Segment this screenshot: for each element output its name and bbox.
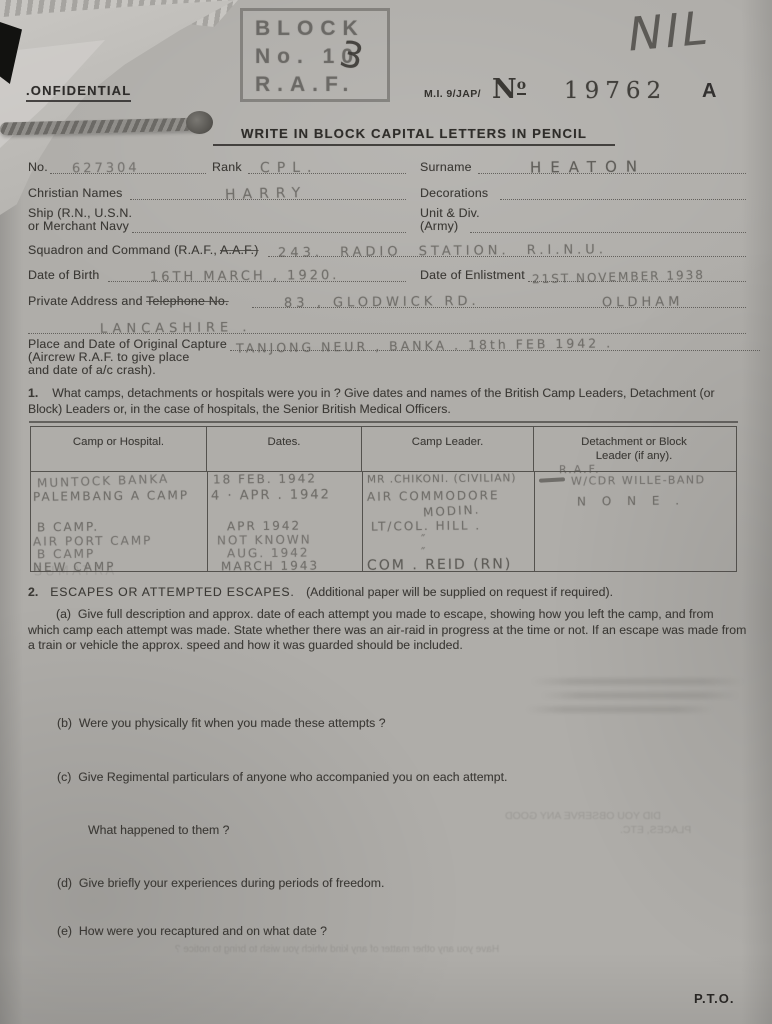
block-number-stamp: BLOCK No. 10 R.A.F. <box>240 8 390 102</box>
item-c-id: (c) <box>57 770 71 784</box>
question-1-number: 1. <box>28 386 38 400</box>
number-label: No <box>492 74 526 105</box>
table-divider <box>207 472 208 571</box>
mi9-reference-prefix: M.I. 9/JAP/ <box>424 88 481 100</box>
item-d-text: Give briefly your experiences during per… <box>79 876 385 890</box>
item-a-id: (a) <box>56 607 71 621</box>
stamp-line-raf: R.A.F. <box>255 71 387 99</box>
table-row: MR .CHIKONI. (CIVILIAN) <box>367 472 517 486</box>
col-header-leader: Camp Leader. <box>362 427 534 471</box>
table-row: ″ <box>421 532 428 546</box>
field-line-address: 83 , GLODWICK RD. OLDHAM <box>252 292 746 308</box>
field-label-capture-2: (Aircrew R.A.F. to give place <box>28 350 189 364</box>
field-label-unit-2: (Army) <box>420 219 458 233</box>
item-b-id: (b) <box>57 716 72 730</box>
handwritten-service-number: 627304 <box>72 161 140 177</box>
bleed-smudge <box>530 678 745 685</box>
handwritten-rank: CPL. <box>260 160 319 177</box>
field-label-capture-1: Place and Date of Original Capture <box>28 337 227 351</box>
table-row: 4 · APR . 1942 <box>211 487 331 503</box>
field-label-dob: Date of Birth <box>28 268 99 282</box>
handwritten-christian-names: HARRY <box>225 185 308 203</box>
field-label-squadron: Squadron and Command (R.A.F., A.A.F.) <box>28 243 259 257</box>
handwritten-dob: 16TH MARCH , 1920. <box>150 268 340 285</box>
col-header-camp: Camp or Hospital. <box>31 427 207 471</box>
field-line-decorations <box>500 184 746 200</box>
field-line-squadron: 243. RADIO STATION. R.I.N.U. <box>268 241 746 257</box>
string-knot <box>186 111 213 134</box>
bleed-through-text: Have you any other matter of any kind wh… <box>175 944 499 955</box>
page-turn-over-note: P.T.O. <box>694 991 734 1006</box>
field-label-christian-names: Christian Names <box>28 186 123 200</box>
table-row: MUNTOCK BANKA <box>37 472 170 491</box>
field-label-rank: Rank <box>212 160 242 174</box>
table-row: N O N E . <box>577 493 685 508</box>
confidential-marking: .ONFIDENTIAL <box>26 83 131 102</box>
handwritten-address-county: LANCASHIRE . <box>100 320 252 337</box>
handwritten-address-street: 83 , GLODWICK RD. <box>284 294 480 311</box>
table-row: B CAMP. <box>37 520 99 535</box>
field-line-christian-names: HARRY <box>130 184 406 200</box>
handwritten-squadron: 243. RADIO STATION. R.I.N.U. <box>278 242 607 260</box>
bleed-through-text: DID YOU OBSERVE ANY GOOD <box>505 810 661 822</box>
field-label-ship-1: Ship (R.N., U.S.N. <box>28 206 132 220</box>
bleed-through-text: PLACES, ETC. <box>620 824 691 836</box>
handwritten-surname: HEATON <box>530 157 646 176</box>
table-row: 18 FEB. 1942 <box>213 471 317 486</box>
field-line-unit <box>470 217 746 233</box>
section-2-number: 2. <box>28 585 38 599</box>
handwritten-capture: TANJONG NEUR , BANKA . 18th FEB 1942 . <box>236 335 613 355</box>
field-line-no: 627304 <box>50 158 206 174</box>
table-divider <box>362 472 363 571</box>
field-line-capture: TANJONG NEUR , BANKA . 18th FEB 1942 . <box>230 335 760 351</box>
field-line-address-2: LANCASHIRE . <box>28 318 746 334</box>
item-d: (d) Give briefly your experiences during… <box>57 876 384 892</box>
table-row: W/CDR WILLE-BAND <box>571 473 706 487</box>
form-instruction-title: WRITE IN BLOCK CAPITAL LETTERS IN PENCIL <box>213 126 615 146</box>
table-row: AIR COMMODORE <box>367 488 500 503</box>
bleed-smudge <box>540 692 740 699</box>
field-label-capture-3: and date of a/c crash). <box>28 363 156 377</box>
pencil-scribble <box>539 477 565 482</box>
item-c-followup: What happened to them ? <box>88 823 230 839</box>
item-e: (e) How were you recaptured and on what … <box>57 924 327 940</box>
item-a: (a) Give full description and approx. da… <box>28 607 748 654</box>
field-label-decorations: Decorations <box>420 186 488 200</box>
table-row: COM . REID (RN) <box>367 556 512 574</box>
field-line-surname: HEATON <box>478 158 746 174</box>
field-line-ship <box>132 217 406 233</box>
section-2-heading: ESCAPES OR ATTEMPTED ESCAPES. <box>50 585 294 599</box>
table-row: MARCH 1943 <box>221 558 319 573</box>
item-c: (c) Give Regimental particulars of anyon… <box>57 770 507 786</box>
item-e-text: How were you recaptured and on what date… <box>79 924 327 938</box>
table-row: APR 1942 <box>227 519 301 534</box>
item-b: (b) Were you physically fit when you mad… <box>57 716 386 732</box>
item-c-text: Give Regimental particulars of anyone wh… <box>78 770 507 784</box>
item-e-id: (e) <box>57 924 72 938</box>
camp-table: Camp or Hospital. Dates. Camp Leader. De… <box>30 426 737 572</box>
item-b-text: Were you physically fit when you made th… <box>79 716 386 730</box>
scanned-pow-form-page: .ONFIDENTIAL BLOCK No. 10 R.A.F. 3 NIL M… <box>0 0 772 1024</box>
field-line-enlistment: 21ST NOVEMBER 1938 <box>528 266 746 282</box>
camp-table-header: Camp or Hospital. Dates. Camp Leader. De… <box>31 427 736 472</box>
section-2-note: (Additional paper will be supplied on re… <box>306 585 613 599</box>
table-row: PALEMBANG A CAMP <box>33 488 189 504</box>
bleed-through-text: SUMATRA <box>34 564 117 580</box>
field-line-rank: CPL. <box>248 158 406 174</box>
field-label-ship-2: or Merchant Navy <box>28 219 129 233</box>
table-divider <box>534 472 535 571</box>
handwritten-address-town: OLDHAM <box>602 295 684 311</box>
question-1: 1.What camps, detachments or hospitals w… <box>28 386 746 417</box>
item-a-text: Give full description and approx. date o… <box>28 607 746 652</box>
serial-number-stamp: 19762 <box>564 78 667 104</box>
handwritten-nil-note: NIL <box>625 0 714 62</box>
table-row: MODIN. <box>423 503 481 520</box>
item-d-id: (d) <box>57 876 72 890</box>
handwritten-enlistment: 21ST NOVEMBER 1938 <box>532 268 705 287</box>
question-1-text: What camps, detachments or hospitals wer… <box>28 386 715 416</box>
camp-table-body: MUNTOCK BANKA 18 FEB. 1942 MR .CHIKONI. … <box>31 472 736 571</box>
series-letter: A <box>702 80 716 103</box>
field-label-enlistment: Date of Enlistment <box>420 268 525 282</box>
field-label-no: No. <box>28 160 48 174</box>
field-label-address: Private Address and Telephone No. <box>28 294 229 308</box>
section-2-heading-row: 2.ESCAPES OR ATTEMPTED ESCAPES. (Additio… <box>28 585 758 601</box>
bleed-smudge <box>525 706 715 713</box>
field-line-dob: 16TH MARCH , 1920. <box>108 266 406 282</box>
field-label-surname: Surname <box>420 160 472 174</box>
col-header-dates: Dates. <box>207 427 362 471</box>
